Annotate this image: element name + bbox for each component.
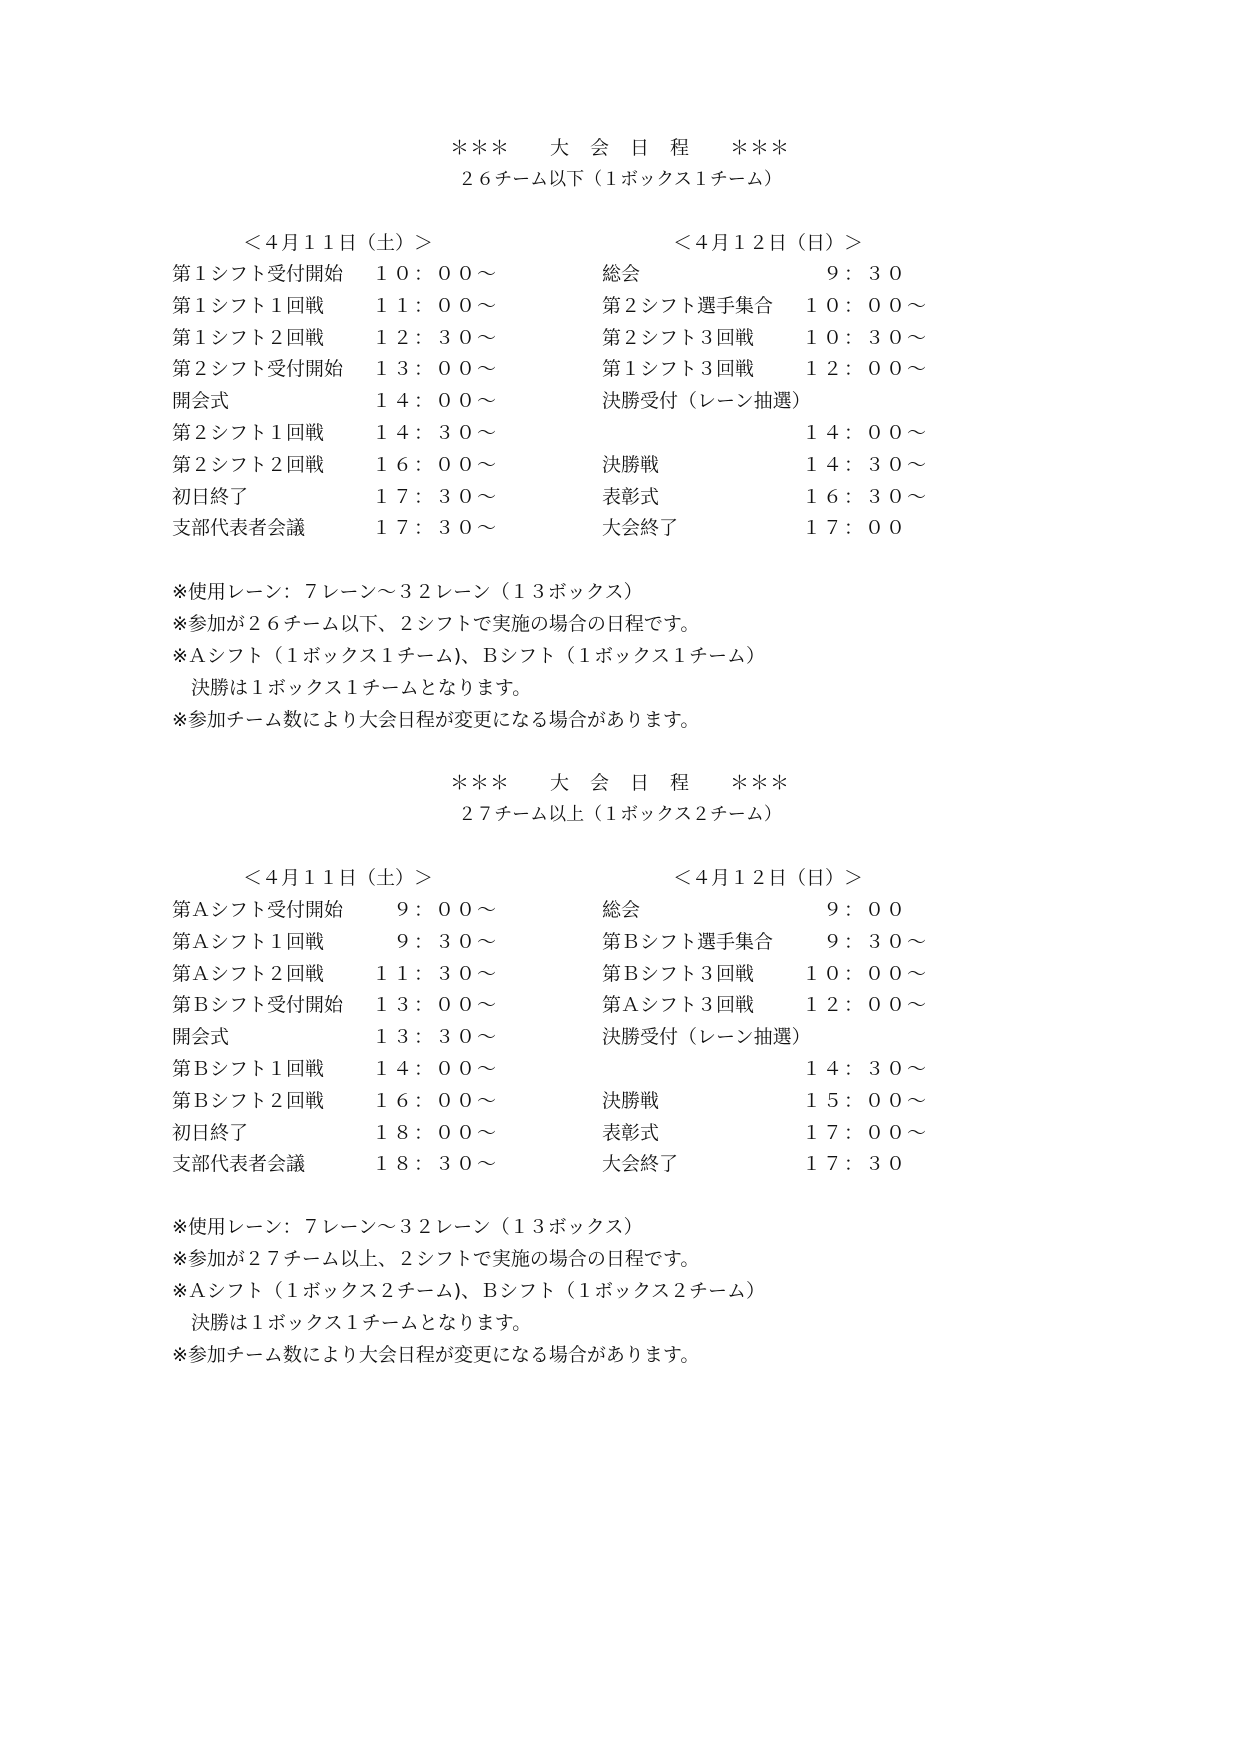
schedule-item-label: 第Ａシフト受付開始 (172, 898, 343, 922)
schedule-item-label: 第Ａシフト２回戦 (172, 962, 324, 986)
schedule-item-label: 第１シフト１回戦 (172, 294, 324, 318)
schedule-item-label: 第Ｂシフト選手集合 (602, 930, 773, 954)
schedule-item-time: １７：３０ (802, 1152, 907, 1176)
schedule-item-time: １０：００～ (802, 962, 928, 986)
schedule-item-label: 支部代表者会議 (172, 516, 305, 540)
note-line: ※Ａシフト（１ボックス１チーム)、Ｂシフト（１ボックス１チーム） (172, 644, 765, 668)
schedule-item-label: 決勝戦 (602, 453, 659, 477)
schedule-item-time: ９：３０ (802, 262, 907, 286)
schedule-item-time: １８：００～ (372, 1121, 498, 1145)
section-subtitle: ２６チーム以下（１ボックス１チーム） (0, 168, 1240, 192)
schedule-item-time: １７：００ (802, 516, 907, 540)
schedule-item-label: 大会終了 (602, 516, 678, 540)
schedule-item-time: １０：００～ (372, 262, 498, 286)
schedule-item-label: 第Ａシフト１回戦 (172, 930, 324, 954)
schedule-item-label: 決勝受付（レーン抽選） (602, 389, 811, 413)
schedule-item-label: 第Ｂシフト受付開始 (172, 993, 343, 1017)
note-line: 決勝は１ボックス１チームとなります。 (172, 1311, 531, 1335)
note-line: ※Ａシフト（１ボックス２チーム)、Ｂシフト（１ボックス２チーム） (172, 1279, 765, 1303)
schedule-item-label: 第２シフト３回戦 (602, 326, 754, 350)
schedule-item-time: １０：３０～ (802, 326, 928, 350)
day2-header: ＜４月１２日（日）＞ (673, 866, 863, 890)
note-line: ※参加チーム数により大会日程が変更になる場合があります。 (172, 708, 699, 732)
schedule-item-label: 第２シフト１回戦 (172, 421, 324, 445)
note-line: 決勝は１ボックス１チームとなります。 (172, 676, 531, 700)
section-subtitle: ２７チーム以上（１ボックス２チーム） (0, 803, 1240, 827)
schedule-item-label: 第Ａシフト３回戦 (602, 993, 754, 1017)
schedule-item-time: ９：００ (802, 898, 907, 922)
section-title: ＊＊＊ 大 会 日 程 ＊＊＊ (0, 771, 1240, 795)
schedule-item-label: 初日終了 (172, 485, 248, 509)
schedule-item-time: １１：３０～ (372, 962, 498, 986)
schedule-item-time: １７：３０～ (372, 516, 498, 540)
schedule-item-time: １２：３０～ (372, 326, 498, 350)
schedule-item-time: １８：３０～ (372, 1152, 498, 1176)
schedule-item-label: 開会式 (172, 1025, 229, 1049)
schedule-item-time: １３：００～ (372, 993, 498, 1017)
schedule-item-time: ９：３０～ (802, 930, 928, 954)
schedule-item-label: 第２シフト選手集合 (602, 294, 773, 318)
note-line: ※参加が２６チーム以下、２シフトで実施の場合の日程です。 (172, 612, 699, 636)
schedule-item-time: １６：００～ (372, 453, 498, 477)
schedule-item-time: １４：００～ (372, 1057, 498, 1081)
schedule-item-label: 開会式 (172, 389, 229, 413)
schedule-item-label: 大会終了 (602, 1152, 678, 1176)
schedule-item-time: １４：３０～ (372, 421, 498, 445)
schedule-item-time: １５：００～ (802, 1089, 928, 1113)
schedule-item-label: 支部代表者会議 (172, 1152, 305, 1176)
schedule-item-time: １６：３０～ (802, 485, 928, 509)
schedule-item-time: ９：００～ (372, 898, 498, 922)
schedule-item-time: １１：００～ (372, 294, 498, 318)
schedule-item-label: 表彰式 (602, 485, 659, 509)
schedule-item-time: １４：００～ (802, 421, 928, 445)
day1-header: ＜４月１１日（土）＞ (243, 231, 433, 255)
schedule-item-time: １７：３０～ (372, 485, 498, 509)
schedule-item-time: １４：００～ (372, 389, 498, 413)
schedule-item-time: １４：３０～ (802, 1057, 928, 1081)
schedule-item-time: １４：３０～ (802, 453, 928, 477)
day2-header: ＜４月１２日（日）＞ (673, 231, 863, 255)
schedule-item-label: 決勝戦 (602, 1089, 659, 1113)
schedule-item-time: １７：００～ (802, 1121, 928, 1145)
schedule-item-label: 初日終了 (172, 1121, 248, 1145)
note-line: ※参加が２７チーム以上、２シフトで実施の場合の日程です。 (172, 1247, 699, 1271)
schedule-item-label: 総会 (602, 898, 640, 922)
schedule-item-label: 第１シフト３回戦 (602, 357, 754, 381)
schedule-item-label: 第２シフト２回戦 (172, 453, 324, 477)
schedule-item-label: 決勝受付（レーン抽選） (602, 1025, 811, 1049)
schedule-item-label: 第１シフト２回戦 (172, 326, 324, 350)
schedule-item-label: 第Ｂシフト２回戦 (172, 1089, 324, 1113)
schedule-item-label: 第２シフト受付開始 (172, 357, 343, 381)
note-line: ※使用レーン：７レーン～３２レーン（１３ボックス） (172, 580, 643, 604)
schedule-item-label: 第１シフト受付開始 (172, 262, 343, 286)
schedule-item-time: １０：００～ (802, 294, 928, 318)
schedule-item-time: １２：００～ (802, 357, 928, 381)
schedule-item-label: 総会 (602, 262, 640, 286)
note-line: ※使用レーン：７レーン～３２レーン（１３ボックス） (172, 1215, 643, 1239)
schedule-item-time: １３：３０～ (372, 1025, 498, 1049)
schedule-item-label: 第Ｂシフト３回戦 (602, 962, 754, 986)
schedule-item-time: １６：００～ (372, 1089, 498, 1113)
note-line: ※参加チーム数により大会日程が変更になる場合があります。 (172, 1343, 699, 1367)
day1-header: ＜４月１１日（土）＞ (243, 866, 433, 890)
schedule-item-time: １３：００～ (372, 357, 498, 381)
schedule-item-label: 表彰式 (602, 1121, 659, 1145)
schedule-item-time: １２：００～ (802, 993, 928, 1017)
section-title: ＊＊＊ 大 会 日 程 ＊＊＊ (0, 136, 1240, 160)
schedule-item-label: 第Ｂシフト１回戦 (172, 1057, 324, 1081)
schedule-item-time: ９：３０～ (372, 930, 498, 954)
